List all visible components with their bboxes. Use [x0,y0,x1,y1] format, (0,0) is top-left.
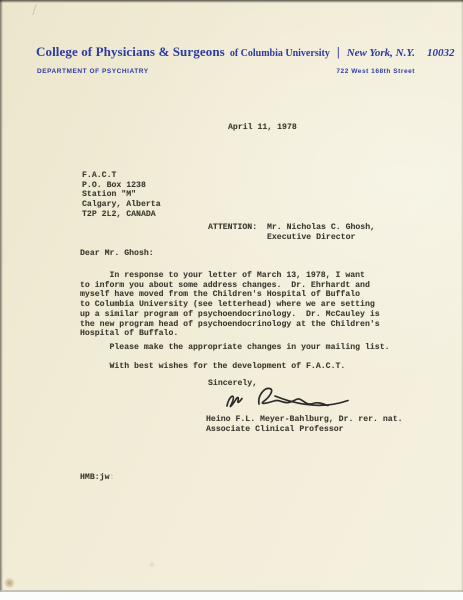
recipient-address: F.A.C.T P.O. Box 1238 Station "M" Calgar… [82,171,161,220]
reference-initials: HMB:jw: [80,473,114,483]
department-name: DEPARTMENT OF PSYCHIATRY [37,68,149,75]
salutation: Dear Mr. Ghosh: [80,249,154,259]
date-line: April 11, 1978 [228,123,297,133]
institution-subname: of Columbia University [230,48,330,59]
paper-stain [4,578,15,588]
handwritten-signature [221,383,353,417]
scan-edge-left [0,0,3,592]
letterhead-subrow: DEPARTMENT OF PSYCHIATRY 722 West 168th … [37,68,415,75]
scanned-letter: College of Physicians & Surgeons of Colu… [0,0,463,600]
paper-bottom-edge [0,590,463,592]
signer-name: Heino F.L. Meyer-Bahlburg, Dr. rer. nat. [206,415,403,425]
body-paragraph-3: With best wishes for the development of … [80,362,345,372]
institution-name: College of Physicians & Surgeons [36,44,225,60]
letterhead-city: New York, N.Y. [347,47,415,59]
attention-block: ATTENTION: Mr. Nicholas C. Ghosh, Execut… [208,223,375,242]
paper-smudge [148,562,156,567]
street-address: 722 West 168th Street [336,68,415,75]
body-paragraph-2: Please make the appropriate changes in y… [80,343,390,353]
body-paragraph-1: In response to your letter of March 13, … [80,271,380,339]
faint-typed-mark: : [109,473,114,482]
letterhead-zip: 10032 [427,47,455,59]
signer-title: Associate Clinical Professor [206,425,344,435]
scan-edge-top [0,0,463,3]
letterhead-divider: | [337,44,340,60]
letterhead: College of Physicians & Surgeons of Colu… [36,44,456,60]
